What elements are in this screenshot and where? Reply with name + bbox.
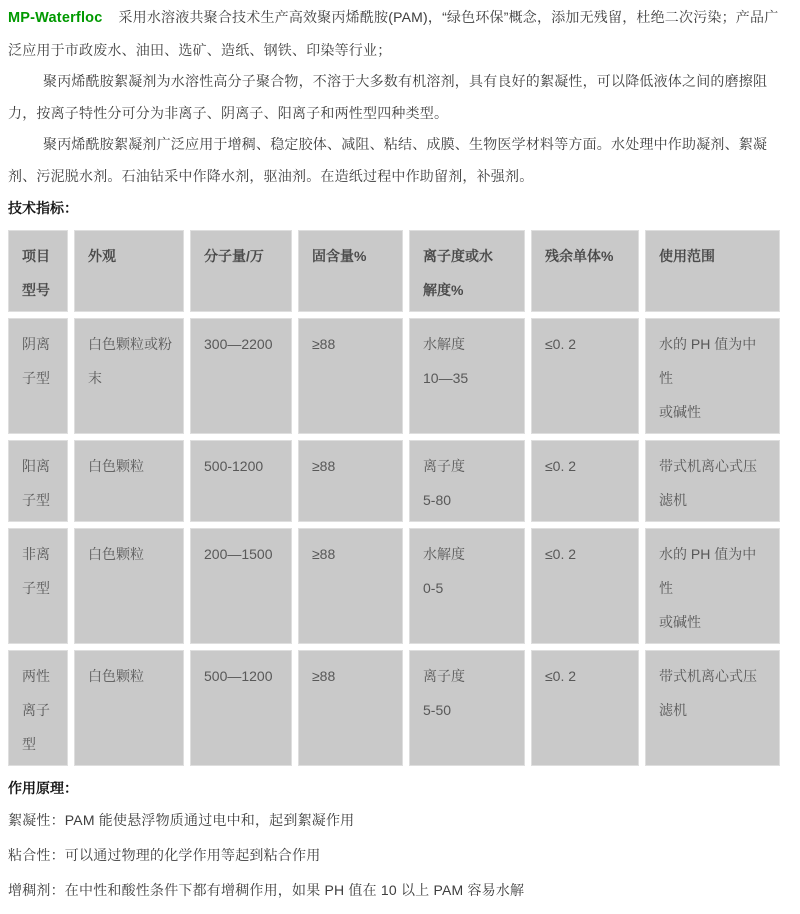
cell-molweight: 200—1500: [190, 528, 292, 644]
cell-molweight: 500-1200: [190, 440, 292, 522]
cell-appearance: 白色颗粒: [74, 528, 184, 644]
intro-paragraph-1: MP-Waterfloc采用水溶液共聚合技术生产高效聚丙烯酰胺(PAM)，“绿色…: [8, 2, 792, 66]
cell-type: 非离 子型: [8, 528, 68, 644]
cell-usage: 水的 PH 值为中性 或碱性: [645, 318, 780, 434]
cell-ionicity: 水解度 10—35: [409, 318, 525, 434]
table-row-amphoteric: 两性 离子 型 白色颗粒 500—1200 ≥88 离子度 5-50 ≤0. 2…: [8, 650, 780, 766]
header-cell-molweight: 分子量/万: [190, 230, 292, 312]
cell-appearance: 白色颗粒或粉 末: [74, 318, 184, 434]
cell-solid: ≥88: [298, 318, 403, 434]
principle-item-flocculation: 絮凝性：PAM 能使悬浮物质通过电中和，起到絮凝作用: [8, 803, 792, 838]
cell-monomer: ≤0. 2: [531, 650, 639, 766]
cell-type: 阴离 子型: [8, 318, 68, 434]
cell-appearance: 白色颗粒: [74, 440, 184, 522]
cell-usage: 带式机离心式压 滤机: [645, 440, 780, 522]
brand-name: MP-Waterfloc: [8, 10, 103, 26]
principle-item-thickening: 增稠剂：在中性和酸性条件下都有增稠作用，如果 PH 值在 10 以上 PAM 容…: [8, 873, 792, 908]
table-row-nonionic: 非离 子型 白色颗粒 200—1500 ≥88 水解度 0-5 ≤0. 2 水的…: [8, 528, 780, 644]
cell-ionicity: 水解度 0-5: [409, 528, 525, 644]
cell-monomer: ≤0. 2: [531, 440, 639, 522]
cell-solid: ≥88: [298, 528, 403, 644]
header-cell-appearance: 外观: [74, 230, 184, 312]
cell-usage: 水的 PH 值为中性 或碱性: [645, 528, 780, 644]
specs-table: 项目 型号 外观 分子量/万 固含量% 离子度或水 解度% 残余单体% 使用范围…: [2, 224, 786, 772]
cell-ionicity: 离子度 5-50: [409, 650, 525, 766]
product-document: MP-Waterfloc采用水溶液共聚合技术生产高效聚丙烯酰胺(PAM)，“绿色…: [0, 0, 800, 914]
intro-lead-text: 采用水溶液共聚合技术生产高效聚丙烯酰胺(PAM)，“绿色环保”概念，添加无残留，…: [8, 9, 778, 58]
header-cell-monomer: 残余单体%: [531, 230, 639, 312]
cell-ionicity: 离子度 5-80: [409, 440, 525, 522]
header-cell-usage: 使用范围: [645, 230, 780, 312]
header-cell-solid: 固含量%: [298, 230, 403, 312]
cell-solid: ≥88: [298, 440, 403, 522]
table-header-row: 项目 型号 外观 分子量/万 固含量% 离子度或水 解度% 残余单体% 使用范围: [8, 230, 780, 312]
table-row-cationic: 阳离 子型 白色颗粒 500-1200 ≥88 离子度 5-80 ≤0. 2 带…: [8, 440, 780, 522]
cell-solid: ≥88: [298, 650, 403, 766]
principle-item-adhesion: 粘合性：可以通过物理的化学作用等起到粘合作用: [8, 838, 792, 873]
cell-usage: 带式机离心式压 滤机: [645, 650, 780, 766]
intro-paragraph-3: 聚丙烯酰胺絮凝剂广泛应用于增稠、稳定胶体、减阻、粘结、成膜、生物医学材料等方面。…: [8, 129, 792, 192]
header-cell-ionicity: 离子度或水 解度%: [409, 230, 525, 312]
cell-appearance: 白色颗粒: [74, 650, 184, 766]
specs-heading: 技术指标：: [8, 194, 792, 223]
intro-paragraph-2: 聚丙烯酰胺絮凝剂为水溶性高分子聚合物，不溶于大多数有机溶剂，具有良好的絮凝性，可…: [8, 66, 792, 129]
cell-molweight: 500—1200: [190, 650, 292, 766]
header-cell-model: 项目 型号: [8, 230, 68, 312]
cell-monomer: ≤0. 2: [531, 318, 639, 434]
cell-monomer: ≤0. 2: [531, 528, 639, 644]
cell-molweight: 300—2200: [190, 318, 292, 434]
cell-type: 阳离 子型: [8, 440, 68, 522]
principle-heading: 作用原理：: [8, 774, 792, 803]
cell-type: 两性 离子 型: [8, 650, 68, 766]
table-row-anionic: 阴离 子型 白色颗粒或粉 末 300—2200 ≥88 水解度 10—35 ≤0…: [8, 318, 780, 434]
